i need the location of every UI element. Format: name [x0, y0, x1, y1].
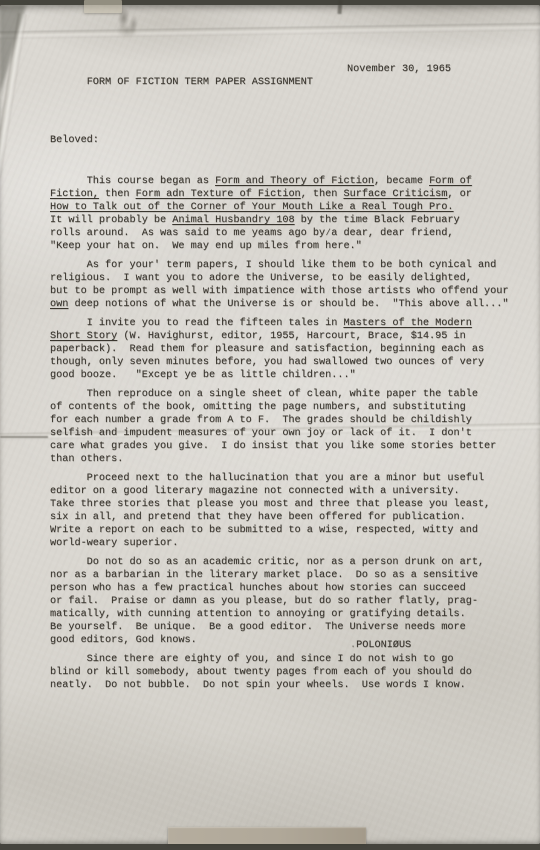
- text-line: How to Talk out of the Corner of Your Mo…: [50, 201, 522, 214]
- paragraph: As for your' term papers, I should like …: [50, 259, 522, 311]
- letter-header: FORM OF FICTION TERM PAPER ASSIGNMENT No…: [50, 63, 522, 76]
- signature-line: .POLONIØUS: [350, 639, 411, 652]
- text-line: Do not do so as an academic critic, nor …: [50, 556, 522, 569]
- document-date: November 30, 1965: [347, 63, 451, 76]
- text-line: for each number a grade from A to F. The…: [50, 414, 522, 427]
- text-line: blind or kill somebody, about twenty pag…: [50, 666, 522, 679]
- paragraphs: This course began as Form and Theory of …: [50, 175, 522, 692]
- text-line: editor on a good literary magazine not c…: [50, 485, 522, 498]
- text-line: paperback). Read them for pleasure and s…: [50, 343, 522, 356]
- text-line: or fail. Praise or damn as you please, b…: [50, 595, 522, 608]
- text-line: good editors, God knows.: [50, 634, 522, 647]
- text-line: than others.: [50, 453, 522, 466]
- text-line: but to be prompt as well with impatience…: [50, 285, 522, 298]
- text-line: "Keep your hat on. We may end up miles f…: [50, 240, 522, 253]
- signature: POLONIØUS: [356, 640, 411, 651]
- paragraph: Proceed next to the hallucination that y…: [50, 472, 522, 550]
- text-line: Short Story (W. Havighurst, editor, 1955…: [50, 330, 522, 343]
- signature-stray-mark: .: [350, 640, 356, 651]
- text-line: Proceed next to the hallucination that y…: [50, 472, 522, 485]
- text-line: It will probably be Animal Husbandry 108…: [50, 214, 522, 227]
- tape-piece-top: [84, 0, 122, 13]
- paragraph: Then reproduce on a single sheet of clea…: [50, 388, 522, 466]
- text-line: Since there are eighty of you, and since…: [50, 653, 522, 666]
- text-line: own deep notions of what the Universe is…: [50, 298, 522, 311]
- text-line: Write a report on each to be submitted t…: [50, 524, 522, 537]
- text-line: care what grades you give. I do insist t…: [50, 440, 522, 453]
- paragraph: Do not do so as an academic critic, nor …: [50, 556, 522, 647]
- typed-letter: FORM OF FICTION TERM PAPER ASSIGNMENT No…: [50, 37, 522, 718]
- text-line: neatly. Do not bubble. Do not spin your …: [50, 679, 522, 692]
- salutation: Beloved:: [50, 134, 522, 147]
- text-line: though, only seven minutes before, you h…: [50, 356, 522, 369]
- fold-crease-dark-segment: [0, 436, 48, 438]
- text-line: Take three stories that please you most …: [50, 498, 522, 511]
- paragraph: I invite you to read the fifteen tales i…: [50, 317, 522, 382]
- text-line: religious. I want you to adore the Unive…: [50, 272, 522, 285]
- text-line: Then reproduce on a single sheet of clea…: [50, 388, 522, 401]
- text-line: person who has a few practical hunches a…: [50, 582, 522, 595]
- text-line: matically, with cunning attention to ann…: [50, 608, 522, 621]
- text-line: This course began as Form and Theory of …: [50, 175, 522, 188]
- text-line: I invite you to read the fifteen tales i…: [50, 317, 522, 330]
- text-line: nor as a barbarian in the literary marke…: [50, 569, 522, 582]
- text-line: As for your' term papers, I should like …: [50, 259, 522, 272]
- text-line: world-weary superior.: [50, 537, 522, 550]
- text-line: rolls around. As was said to me yeams ag…: [50, 227, 522, 240]
- tape-piece-bottom: [168, 827, 366, 844]
- text-line: of contents of the book, omitting the pa…: [50, 401, 522, 414]
- text-line: selfish and impudent measures of your ow…: [50, 427, 522, 440]
- paragraph: Since there are eighty of you, and since…: [50, 653, 522, 692]
- text-line: six in all, and pretend that they have b…: [50, 511, 522, 524]
- photo-backdrop: FORM OF FICTION TERM PAPER ASSIGNMENT No…: [0, 0, 540, 850]
- text-line: good booze. "Except ye be as little chil…: [50, 369, 522, 382]
- paragraph: This course began as Form and Theory of …: [50, 175, 522, 253]
- document-title: FORM OF FICTION TERM PAPER ASSIGNMENT: [87, 77, 313, 88]
- text-line: Fiction, then Form adn Texture of Fictio…: [50, 188, 522, 201]
- text-line: Be yourself. Be unique. Be a good editor…: [50, 621, 522, 634]
- corner-fold-shadow: [0, 5, 26, 95]
